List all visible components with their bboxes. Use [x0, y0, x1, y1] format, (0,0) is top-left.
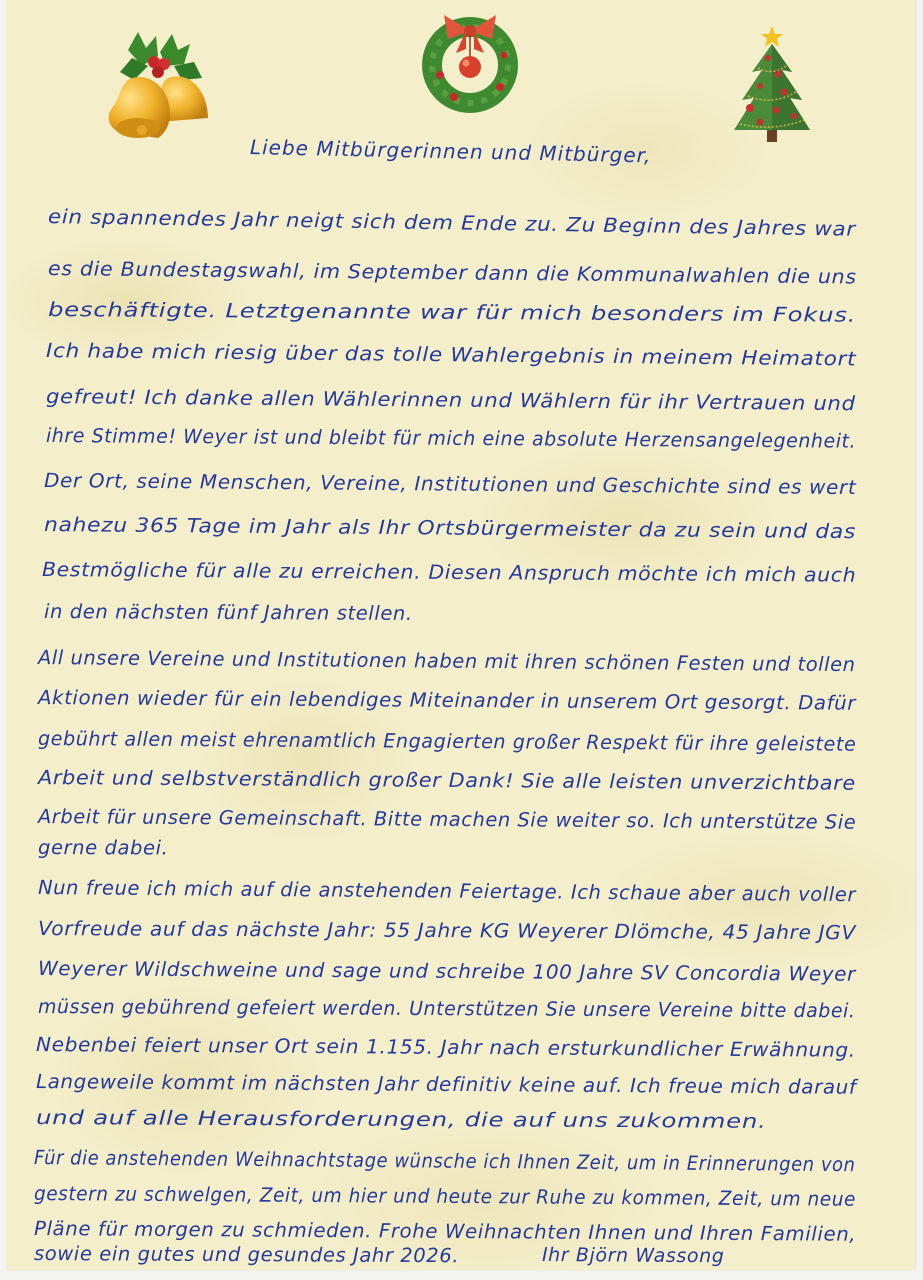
letter-line: gebührt allen meist ehrenamtlich Engagie… — [38, 727, 857, 756]
christmas-wreath-icon — [418, 5, 522, 113]
letter-paper: Liebe Mitbürgerinnen und Mitbürger, ein … — [6, 0, 915, 1270]
letter-line: Langeweile kommt im nächsten Jahr defini… — [36, 1070, 857, 1099]
letter-line: in den nächsten fünf Jahren stellen. — [44, 600, 413, 625]
letter-line: Der Ort, seine Menschen, Vereine, Instit… — [44, 469, 857, 499]
letter-line: und auf alle Herausforderungen, die auf … — [36, 1106, 767, 1133]
letter-line: sowie ein gutes und gesundes Jahr 2026. — [34, 1242, 459, 1267]
letter-line: Ich habe mich riesig über das tolle Wahl… — [46, 339, 856, 370]
letter-line: müssen gebührend gefeiert werden. Unters… — [38, 995, 856, 1022]
letter-line: Nun freue ich mich auf die anstehenden F… — [38, 876, 856, 906]
letter-line: Aktionen wieder für ein lebendiges Mitei… — [38, 686, 856, 715]
letter-line: Vorfreude auf das nächste Jahr: 55 Jahre… — [38, 917, 856, 944]
letter-line: All unsere Vereine und Institutionen hab… — [38, 646, 856, 676]
letter-line: es die Bundestagswahl, im September dann… — [48, 257, 857, 288]
letter-line: Für die anstehenden Weihnachtstage wünsc… — [34, 1146, 856, 1176]
letter-line: Arbeit und selbstverständlich großer Dan… — [38, 766, 856, 795]
letter-line: Bestmögliche für alle zu erreichen. Dies… — [42, 558, 856, 587]
letter-line: ein spannendes Jahr neigt sich dem Ende … — [48, 205, 856, 241]
letter-line: Nebenbei feiert unser Ort sein 1.155. Ja… — [36, 1033, 856, 1062]
letter-line: beschäftigte. Letztgenannte war für mich… — [48, 298, 856, 327]
letter-line: Weyerer Wildschweine und sage und schrei… — [38, 957, 856, 986]
letter-line: gestern zu schwelgen, Zeit, um hier und … — [34, 1182, 856, 1211]
letter-line: Pläne für morgen zu schmieden. Frohe Wei… — [34, 1217, 856, 1246]
letter-line: gerne dabei. — [38, 836, 169, 859]
letter-line: ihre Stimme! Weyer ist und bleibt für mi… — [46, 424, 856, 453]
letter-line: nahezu 365 Tage im Jahr als Ihr Ortsbürg… — [44, 513, 856, 543]
letter-line: Arbeit für unsere Gemeinschaft. Bitte ma… — [38, 805, 856, 834]
christmas-tree-icon — [732, 22, 812, 152]
letter-line: gefreut! Ich danke allen Wählerinnen und… — [46, 385, 856, 415]
letter-greeting: Liebe Mitbürgerinnen und Mitbürger, — [250, 135, 652, 167]
letter-signature: Ihr Björn Wassong — [542, 1244, 725, 1267]
christmas-bells-icon — [98, 22, 222, 146]
